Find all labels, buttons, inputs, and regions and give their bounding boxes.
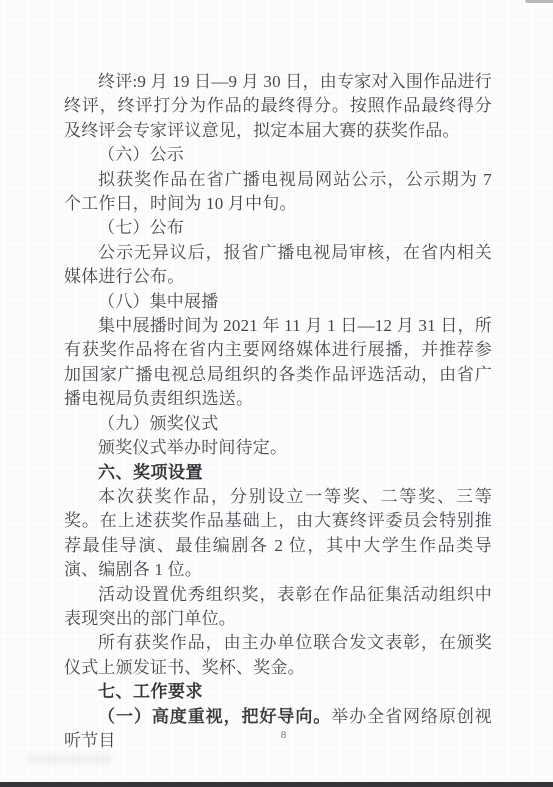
- scan-artifact-top-right: [525, 0, 553, 3]
- paragraph-organization-award: 活动设置优秀组织奖，表彰在作品征集活动组织中表现突出的部门单位。: [64, 583, 492, 632]
- paragraph-broadcast-period: 集中展播时间为 2021 年 11 月 1 日—12 月 31 日，所有获奖作品…: [64, 314, 492, 412]
- paragraph-commendation: 所有获奖作品，由主办单位联合发文表彰，在颁奖仪式上颁发证书、奖杯、奖金。: [64, 631, 492, 680]
- document-text-block: 终评:9 月 19 日—9 月 30 日，由专家对入围作品进行终评，终评打分为作…: [64, 70, 492, 753]
- subheading-nine-award-ceremony: （九）颁奖仪式: [64, 412, 492, 436]
- paragraph-ceremony-time: 颁奖仪式举办时间待定。: [64, 436, 492, 460]
- paragraph-final-review: 终评:9 月 19 日—9 月 30 日，由专家对入围作品进行终评，终评打分为作…: [64, 70, 492, 143]
- paragraph-work-requirement-one: （一）高度重视，把好导向。举办全省网络原创视听节目: [64, 705, 492, 754]
- paragraph-award-tiers: 本次获奖作品，分别设立一等奖、二等奖、三等奖。在上述获奖作品基础上，由大赛终评委…: [64, 485, 492, 583]
- paragraph-announcement: 公示无异议后，报省广播电视局审核，在省内相关媒体进行公布。: [64, 241, 492, 290]
- section-heading-seven-requirements: 七、工作要求: [64, 680, 492, 704]
- scan-edge-bottom: [0, 782, 553, 787]
- document-page: 终评:9 月 19 日—9 月 30 日，由专家对入围作品进行终评，终评打分为作…: [0, 0, 553, 787]
- paragraph-lead-bold: （一）高度重视，把好导向。: [98, 707, 331, 726]
- page-number: 8: [281, 729, 287, 741]
- subheading-eight-broadcast: （八）集中展播: [64, 290, 492, 314]
- scan-artifact-bottom-left: [26, 753, 112, 765]
- subheading-six-publicity: （六）公示: [64, 143, 492, 167]
- paragraph-publicity-period: 拟获奖作品在省广播电视局网站公示，公示期为 7 个工作日，时间为 10 月中旬。: [64, 168, 492, 217]
- section-heading-six-awards: 六、奖项设置: [64, 461, 492, 485]
- subheading-seven-announcement: （七）公布: [64, 216, 492, 240]
